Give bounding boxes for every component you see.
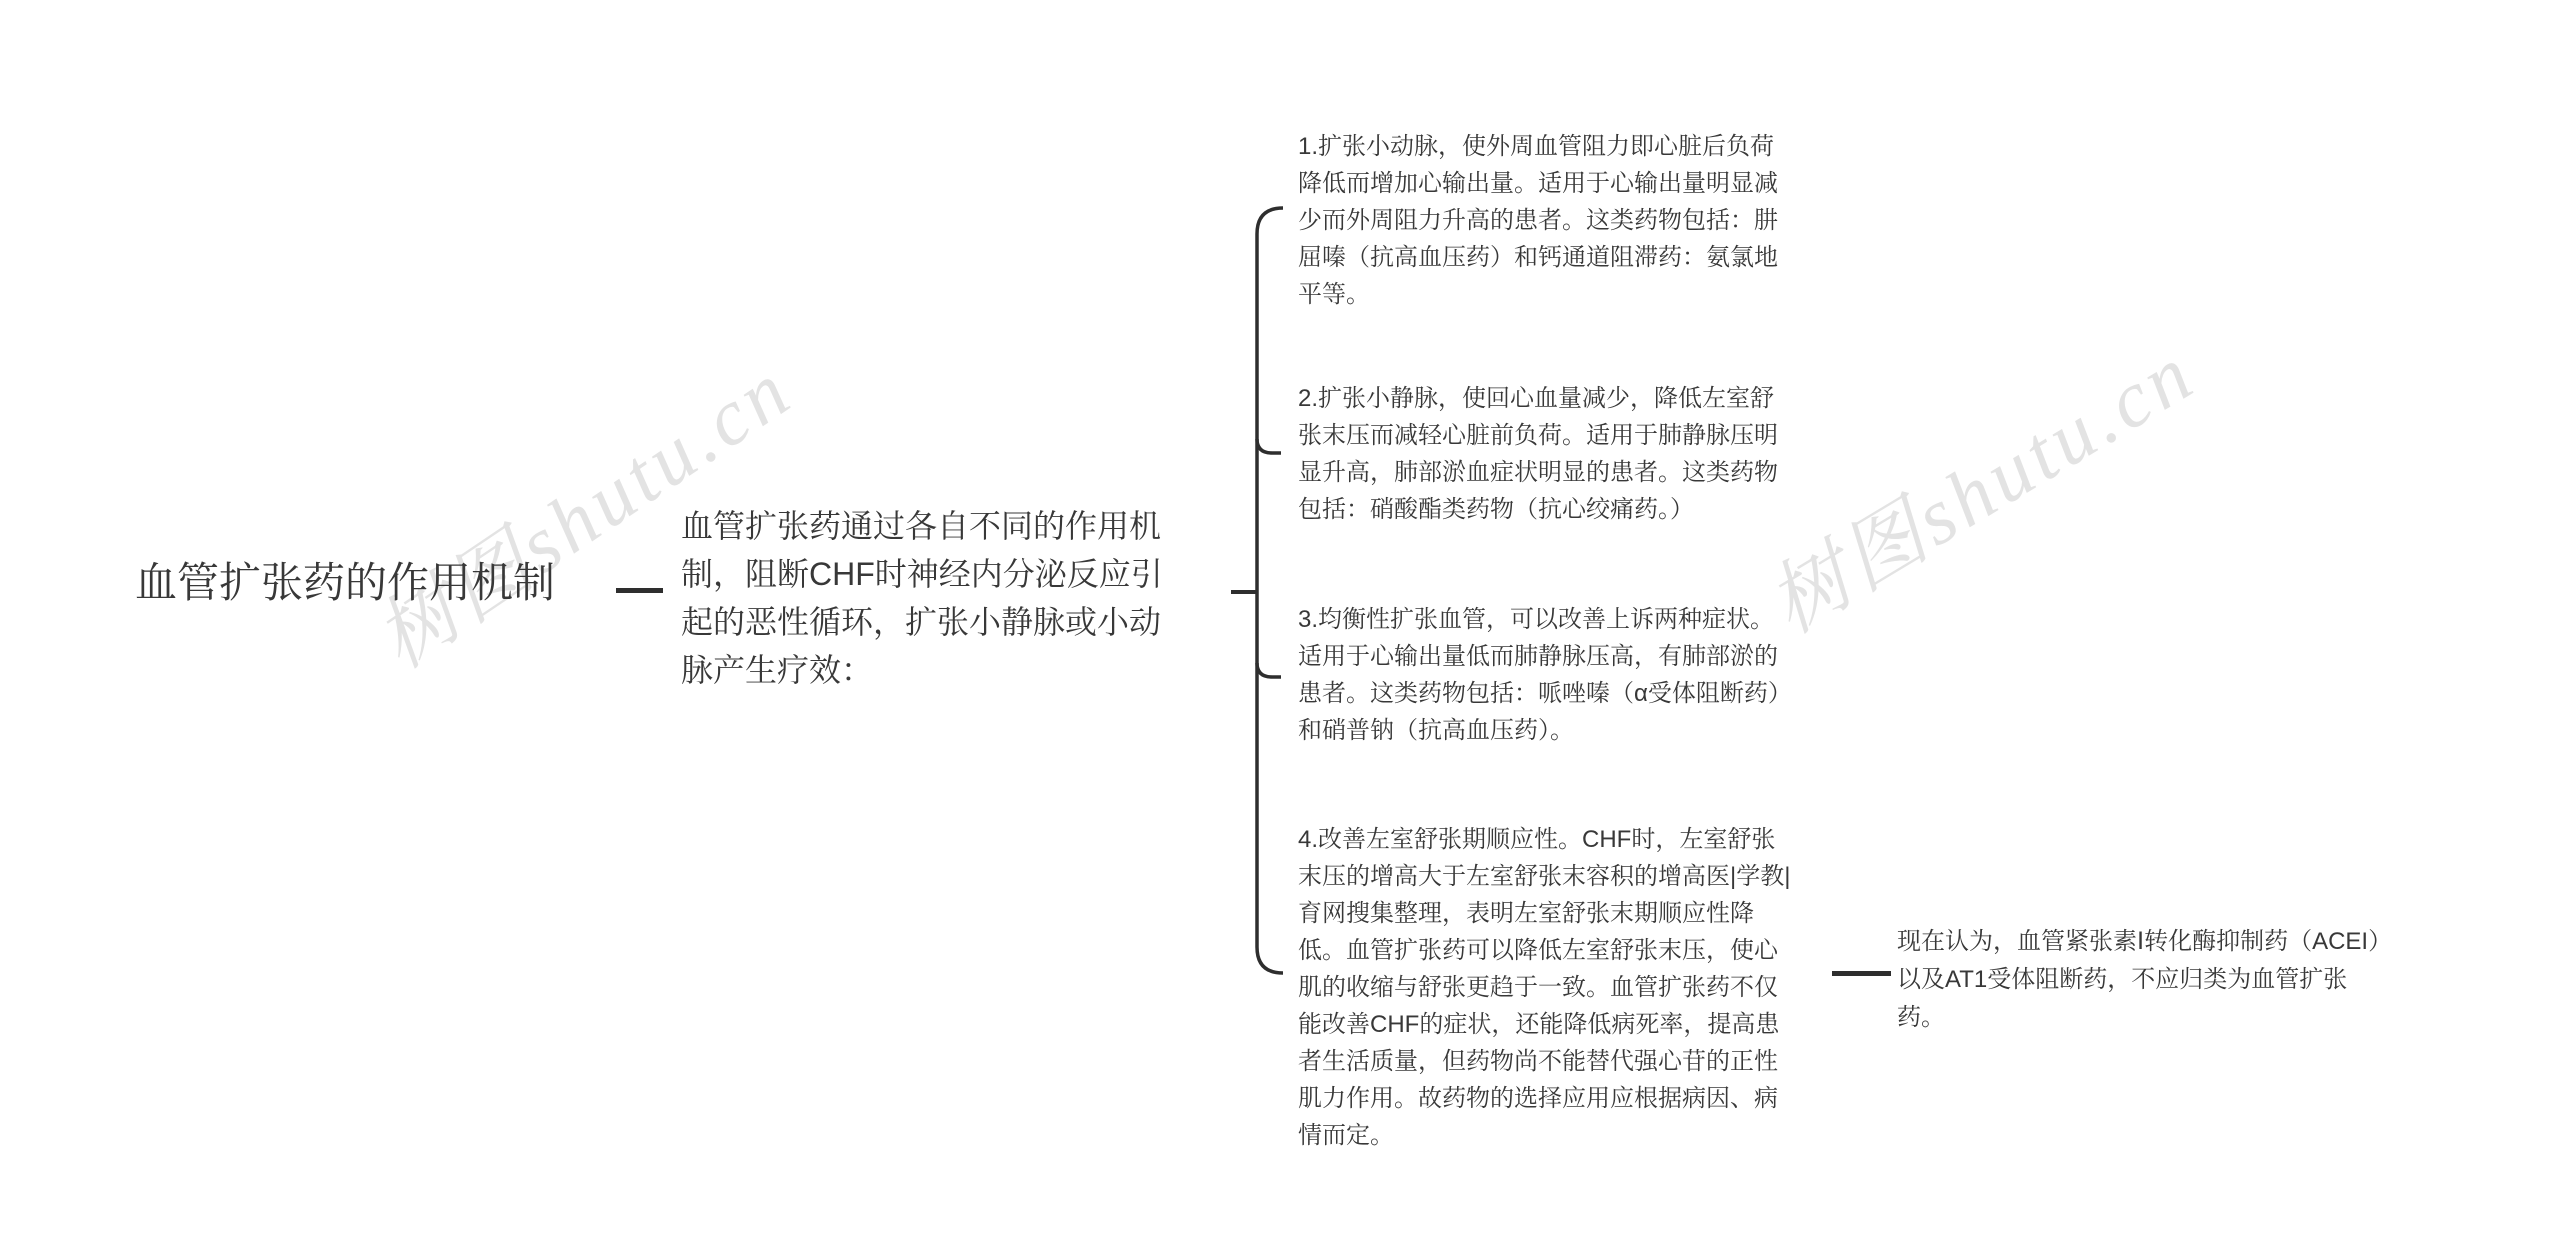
note-node: 现在认为，血管紧张素Ⅰ转化酶抑制药（ACEI）以及AT1受体阻断药，不应归类为血… (1897, 923, 2391, 1037)
branch-node-1: 1.扩张小动脉，使外周血管阻力即心脏后负荷降低而增加心输出量。适用于心输出量明显… (1298, 128, 1792, 313)
mindmap-canvas: 树图shutu.cn 树图shutu.cn 血管扩张药的作用机制 血管扩张药通过… (0, 0, 2560, 1257)
branch-node-3: 3.均衡性扩张血管，可以改善上诉两种症状。适用于心输出量低而肺静脉压高，有肺部淤… (1298, 601, 1792, 749)
note-connector-line (1832, 971, 1891, 976)
branch-bracket (1257, 208, 1283, 973)
root-connector-line (616, 588, 663, 593)
summary-node: 血管扩张药通过各自不同的作用机制，阻断CHF时神经内分泌反应引起的恶性循环，扩张… (681, 502, 1175, 694)
summary-connector-line (1231, 590, 1256, 594)
branch-connectors (0, 0, 2560, 1257)
watermark-right: 树图shutu.cn (1743, 309, 2213, 654)
branch-node-4: 4.改善左室舒张期顺应性。CHF时，左室舒张末压的增高大于左室舒张末容积的增高医… (1298, 821, 1792, 1154)
branch-node-2: 2.扩张小静脉，使回心血量减少，降低左室舒张末压而减轻心脏前负荷。适用于肺静脉压… (1298, 380, 1792, 528)
branch2-stub-line (1257, 439, 1281, 453)
branch3-stub-line (1257, 663, 1281, 677)
root-node-title: 血管扩张药的作用机制 (135, 558, 555, 608)
